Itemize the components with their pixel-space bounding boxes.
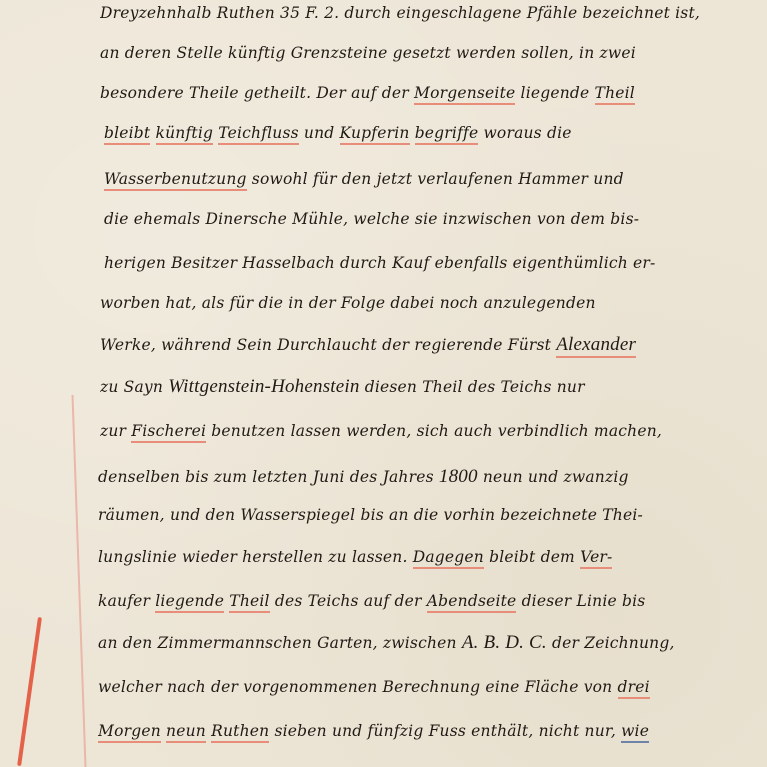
manuscript-line: herigen Besitzer Hasselbach durch Kauf e… [104, 244, 759, 282]
manuscript-line: denselben bis zum letzten Juni des Jahre… [98, 458, 759, 496]
text-segment: des Teichs auf der [270, 592, 427, 610]
text-segment: Wittgenstein-Hohenstein [168, 376, 359, 397]
underlined-word: Alexander [556, 334, 636, 358]
manuscript-line: Dreyzehnhalb Ruthen 35 F. 2. durch einge… [100, 0, 759, 32]
text-segment: welcher nach der vorgenommenen Berechnun… [98, 678, 618, 696]
underlined-word: Kupferin [340, 124, 410, 145]
manuscript-line: welcher nach der vorgenommenen Berechnun… [98, 668, 759, 706]
underlined-word: liegende [155, 592, 224, 613]
text-segment: bleibt dem [484, 548, 580, 566]
manuscript-line: zur Fischerei benutzen lassen werden, si… [100, 412, 759, 450]
text-segment: räumen, und den Wasserspiegel bis an die… [98, 506, 643, 524]
underlined-word: drei [618, 678, 650, 699]
text-segment: woraus die [478, 124, 571, 142]
text-segment: herigen Besitzer Hasselbach durch Kauf e… [104, 254, 655, 272]
underlined-word: Theil [229, 592, 269, 613]
manuscript-line: räumen, und den Wasserspiegel bis an die… [98, 496, 759, 534]
manuscript-line: die ehemals Dinersche Mühle, welche sie … [104, 200, 759, 238]
text-segment: Dreyzehnhalb Ruthen 35 F. 2. durch einge… [100, 4, 700, 22]
manuscript-line: bleibt künftig Teichfluss und Kupferin b… [104, 114, 759, 152]
text-segment: und [299, 124, 340, 142]
underlined-word: Morgenseite [414, 84, 515, 105]
underlined-word: Theil [595, 84, 635, 105]
text-segment: liegende [515, 84, 594, 102]
underlined-word: bleibt [104, 124, 150, 145]
text-segment: dieser Linie bis [516, 592, 645, 610]
underlined-word: begriffe [415, 124, 479, 145]
text-segment [410, 124, 415, 142]
underlined-word: Abendseite [427, 592, 517, 613]
red-pencil-margin-mark [17, 617, 42, 766]
manuscript-line: Wasserbenutzung sowohl für den jetzt ver… [104, 160, 759, 198]
text-segment [150, 124, 155, 142]
manuscript-line: worben hat, als für die in der Folge dab… [100, 284, 759, 322]
text-segment: sowohl für den jetzt verlaufenen Hammer … [247, 170, 624, 188]
text-segment: diesen Theil des Teichs nur [360, 378, 585, 396]
text-segment: benutzen lassen werden, sich auch verbin… [206, 422, 662, 440]
underlined-word: Ver- [580, 548, 612, 569]
underlined-word: wie [621, 722, 649, 743]
manuscript-line: besondere Theile getheilt. Der auf der M… [100, 74, 759, 112]
text-segment: der Zeichnung, [547, 634, 675, 652]
text-segment: neun und zwanzig [478, 468, 629, 486]
text-segment: besondere Theile getheilt. Der auf der [100, 84, 414, 102]
text-segment: an den Zimmermannschen Garten, zwischen [98, 634, 462, 652]
underlined-word: künftig [156, 124, 214, 145]
text-segment: die ehemals Dinersche Mühle, welche sie … [104, 210, 639, 228]
text-segment: zur [100, 422, 131, 440]
manuscript-line: zu Sayn Wittgenstein-Hohenstein diesen T… [100, 368, 759, 406]
faint-red-margin-line [72, 395, 87, 767]
manuscript-line: lungslinie wieder herstellen zu lassen. … [98, 538, 759, 576]
text-segment: an deren Stelle künftig Grenzsteine gese… [100, 44, 636, 62]
text-segment: A. B. D. C. [462, 632, 547, 653]
manuscript-line: kaufer liegende Theil des Teichs auf der… [98, 582, 759, 620]
manuscript-line: an deren Stelle künftig Grenzsteine gese… [100, 34, 759, 72]
text-segment: Werke, während Sein Durchlaucht der regi… [100, 336, 556, 354]
text-segment: lungslinie wieder herstellen zu lassen. [98, 548, 413, 566]
underlined-word: Teichfluss [218, 124, 299, 145]
underlined-word: Morgen [98, 722, 161, 743]
text-segment: sieben und fünfzig Fuss enthält, nicht n… [269, 722, 621, 740]
underlined-word: Fischerei [131, 422, 206, 443]
manuscript-line: Werke, während Sein Durchlaucht der regi… [100, 326, 759, 364]
text-segment: worben hat, als für die in der Folge dab… [100, 294, 596, 312]
text-segment: denselben bis zum letzten Juni des Jahre… [98, 468, 439, 486]
manuscript-line: an den Zimmermannschen Garten, zwischen … [98, 624, 759, 662]
manuscript-line: Morgen neun Ruthen sieben und fünfzig Fu… [98, 712, 759, 750]
underlined-word: Wasserbenutzung [104, 170, 247, 191]
underlined-word: Ruthen [211, 722, 269, 743]
text-segment: kaufer [98, 592, 155, 610]
text-segment: 1800 [439, 466, 478, 487]
underlined-word: Dagegen [413, 548, 484, 569]
text-segment: zu Sayn [100, 378, 168, 396]
manuscript-page: Dreyzehnhalb Ruthen 35 F. 2. durch einge… [0, 0, 767, 767]
underlined-word: neun [166, 722, 206, 743]
